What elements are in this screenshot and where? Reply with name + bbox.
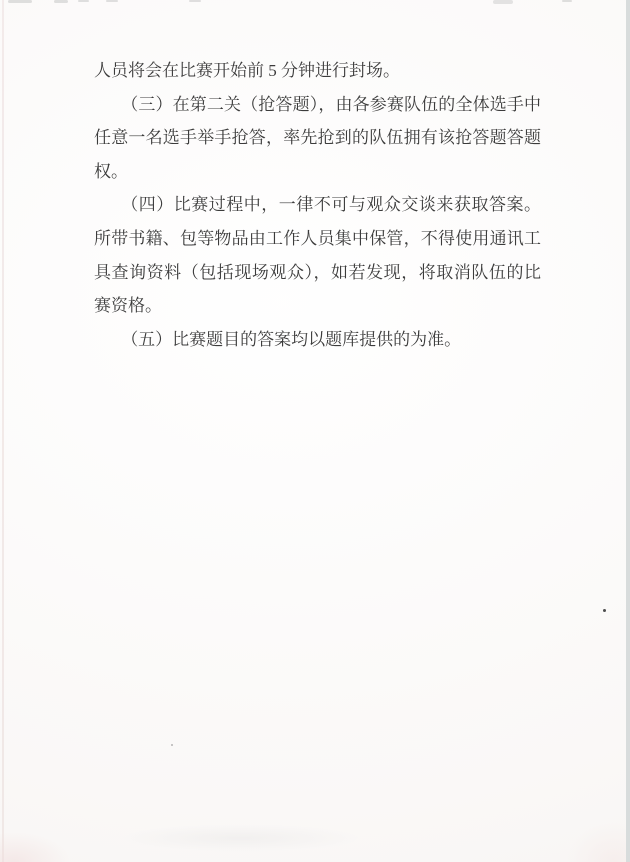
scan-left-edge-line xyxy=(2,0,4,862)
text-block: 人员将会在比赛开始前 5 分钟进行封场。 （三）在第二关（抢答题），由各参赛队伍… xyxy=(94,54,541,356)
ink-speck xyxy=(603,609,606,612)
scan-bottom-speckle xyxy=(120,824,360,852)
ink-speck-faint xyxy=(171,744,173,746)
paragraph-rule-4: （四）比赛过程中，一律不可与观众交谈来获取答案。所带书籍、包等物品由工作人员集中… xyxy=(94,188,541,322)
scan-bottom-right-tint xyxy=(566,822,626,862)
paragraph-rule-5: （五）比赛题目的答案均以题库提供的为准。 xyxy=(94,323,541,357)
scan-top-smudge xyxy=(493,0,513,4)
scan-top-smudge xyxy=(8,0,32,3)
scan-top-smudge xyxy=(562,0,572,2)
scan-top-smudge xyxy=(54,0,68,3)
scan-top-smudge xyxy=(78,0,89,2)
scan-bottom-left-tint xyxy=(0,832,70,862)
scan-right-edge-strip xyxy=(626,0,630,862)
scanned-page: 人员将会在比赛开始前 5 分钟进行封场。 （三）在第二关（抢答题），由各参赛队伍… xyxy=(0,0,630,862)
scan-top-smudge xyxy=(189,0,201,2)
scan-top-smudge xyxy=(106,0,118,2)
paragraph-seal-notice: 人员将会在比赛开始前 5 分钟进行封场。 xyxy=(94,54,541,88)
paragraph-rule-3: （三）在第二关（抢答题），由各参赛队伍的全体选手中任意一名选手举手抢答，率先抢到… xyxy=(94,88,541,189)
